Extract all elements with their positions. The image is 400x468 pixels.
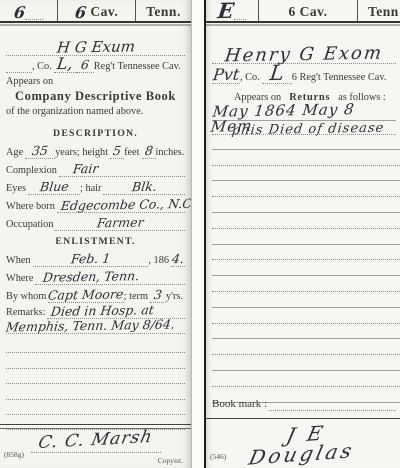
feet-value: 5 <box>112 145 122 158</box>
copyist-label: Copyist. <box>6 456 183 465</box>
unit-line: , Co. L, 6 Reg't Tennessee Cav. <box>6 57 185 73</box>
rank-value: Pvt <box>212 67 240 83</box>
signature-rule <box>0 424 191 429</box>
height-label: years; height <box>55 147 110 159</box>
complexion-label: Complexion <box>6 165 59 177</box>
eyes-value: Blue <box>39 181 69 194</box>
where-line: Where Dresden, Tenn. <box>6 269 185 285</box>
book-mark-line: Book mark : <box>212 396 396 411</box>
right-card-header: E 6 Cav. Tenn <box>206 0 400 21</box>
year-prefix: , 186 <box>148 255 171 267</box>
record-title: Company Descriptive Book <box>6 89 185 104</box>
age-label: Age <box>6 147 25 159</box>
eyes-hair-line: Eyes Blue ; hair Blk. <box>6 179 185 195</box>
header-state-cell: Tenn. <box>135 0 191 21</box>
complexion-line: Complexion Fair <box>6 161 185 177</box>
header-rule <box>0 21 191 24</box>
header-regiment-cell: 6 Cav. <box>57 0 135 21</box>
regiment-number-handwritten: 6 <box>74 5 88 21</box>
book-mark-label: Book mark : <box>212 398 269 411</box>
enlistment-heading: ENLISTMENT. <box>6 236 185 247</box>
term-label: ; term <box>124 291 150 303</box>
hair-value: Blk. <box>131 181 157 194</box>
unit-dotted-fill <box>6 72 32 73</box>
header-rule <box>206 21 400 24</box>
org-note: of the organization named above. <box>6 106 185 117</box>
blank-ruled-lines <box>6 338 185 430</box>
by-whom-line: By whom Capt Moore ; term 3 y'rs. <box>6 287 185 303</box>
age-value: 35 <box>31 145 48 158</box>
regiment-label: Cav. <box>90 4 118 20</box>
co-label: , Co. <box>32 61 54 73</box>
when-label: When <box>6 255 33 267</box>
right-card-returns: E 6 Cav. Tenn Henry G Exom Pvt , Co. L 6… <box>204 0 400 468</box>
name-line: H G Exum <box>6 36 185 56</box>
header-dotted-fill <box>234 19 246 20</box>
feet-label: feet <box>124 147 141 159</box>
unit-line: Pvt , Co. L 6 Reg't Tennessee Cav. <box>212 66 396 84</box>
by-whom-value: Capt Moore <box>48 288 125 302</box>
remarks-line-2: Memphis, Tenn. May 8/64. <box>6 319 185 334</box>
return-entry-line-2: phis Died of disease <box>212 120 396 135</box>
where-label: Where <box>6 273 35 285</box>
company-letter-handwritten: E <box>216 0 235 21</box>
inches-value: 8 <box>144 145 154 158</box>
remarks-label: Remarks: <box>6 307 47 319</box>
header-dotted-fill <box>25 19 43 20</box>
eyes-label: Eyes <box>6 183 28 195</box>
header-company-cell: 6 <box>0 0 57 21</box>
copyist-signature: C. C. Marsh <box>37 429 154 452</box>
where-born-line: Where born Edgecombe Co., N.C. <box>6 197 185 213</box>
occupation-label: Occupation <box>6 219 55 231</box>
term-suffix: y'rs. <box>166 291 185 303</box>
header-company-cell: E <box>206 0 258 21</box>
name-line: Henry G Exom <box>212 40 396 64</box>
left-card-company-descriptive-book: 6 6 Cav. Tenn. H G Exum , Co. L, 6 Reg't… <box>0 0 192 468</box>
scanned-service-record-page: 6 6 Cav. Tenn. H G Exum , Co. L, 6 Reg't… <box>0 0 400 468</box>
header-regiment-cell: 6 Cav. <box>258 0 357 21</box>
hair-label: ; hair <box>80 183 103 195</box>
blank-ruled-lines <box>212 134 400 403</box>
form-number: (546) <box>210 452 396 461</box>
company-letter-handwritten: 6 <box>13 5 27 21</box>
occupation-value: Farmer <box>96 217 144 230</box>
copyist-signature-line: J E Douglas <box>212 424 396 468</box>
company-value: L <box>268 63 285 84</box>
return-entry-line-1: May 1864 May 8 Mem <box>212 103 396 121</box>
regiment-value: 6 <box>80 59 90 72</box>
where-born-label: Where born <box>6 201 57 213</box>
book-mark-fill <box>269 410 396 411</box>
when-line: When Feb. 1 , 186 4. <box>6 251 185 267</box>
left-card-header: 6 6 Cav. Tenn. <box>0 0 191 21</box>
co-label: , Co. <box>240 72 262 84</box>
year-digit: 4. <box>171 253 185 266</box>
remarks-value-2: Memphis, Tenn. May 8/64. <box>5 319 176 334</box>
appears-on-label: Appears on <box>6 76 185 87</box>
unit-suffix: Reg't Tennessee Cav. <box>94 61 183 73</box>
complexion-value: Fair <box>72 163 99 176</box>
when-value: Feb. 1 <box>70 253 111 266</box>
description-heading: DESCRIPTION. <box>6 128 185 139</box>
age-height-line: Age 35 years; height 5 feet 8 inches. <box>6 143 185 159</box>
occupation-line: Occupation Farmer <box>6 215 185 231</box>
inches-label: inches. <box>156 147 187 159</box>
where-born-value: Edgecombe Co., N.C. <box>60 198 192 213</box>
unit-suffix: 6 Reg't Tennessee Cav. <box>292 72 389 84</box>
where-value: Dresden, Tenn. <box>43 270 141 284</box>
company-value: L, <box>56 56 74 72</box>
header-state-cell: Tenn <box>357 0 400 21</box>
by-whom-label: By whom <box>6 291 48 303</box>
signature-rule <box>206 417 400 419</box>
soldier-name: Henry G Exom <box>224 45 384 66</box>
term-value: 3 <box>153 289 163 302</box>
